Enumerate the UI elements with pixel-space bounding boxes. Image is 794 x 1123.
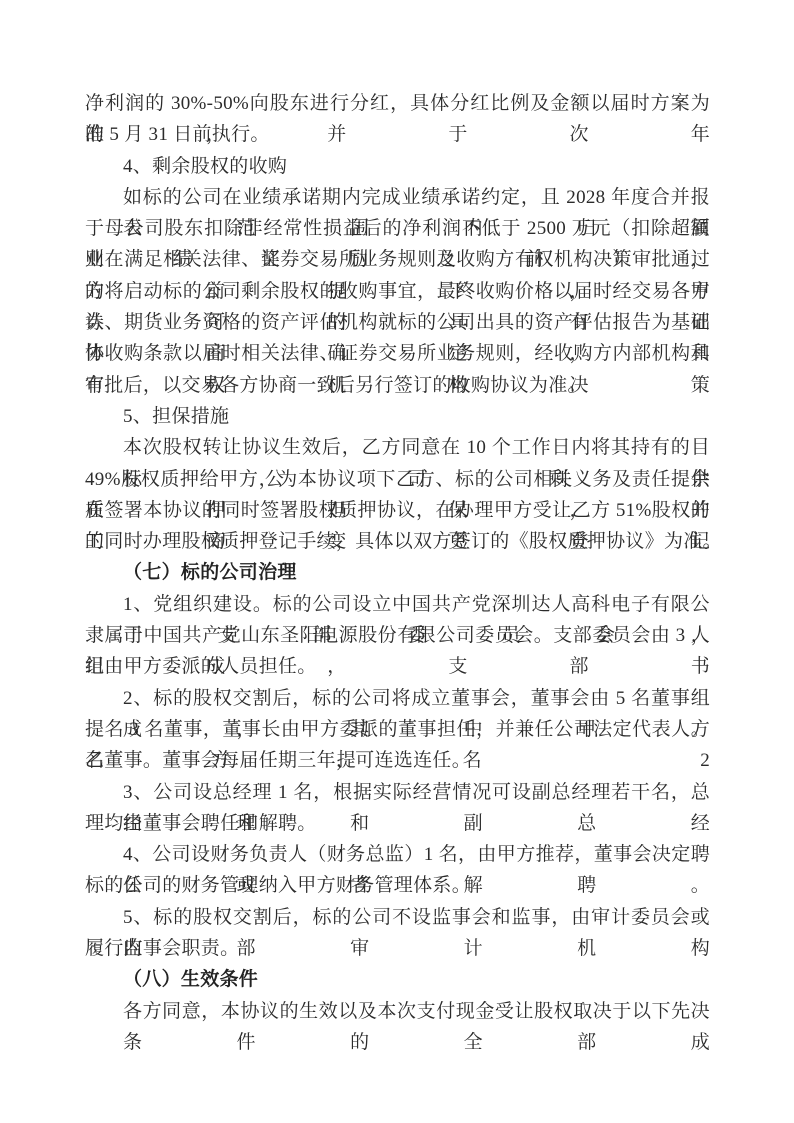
section-heading: （八）生效条件 — [85, 964, 710, 995]
text-line: 5、担保措施 — [85, 401, 710, 432]
section-heading: （七）标的公司治理 — [85, 557, 710, 588]
text-line: 体收购条款以届时相关法律、证券交易所业务规则，经收购方内部机构和有权机构决策 — [85, 338, 710, 369]
document-page: 净利润的 30%-50%向股东进行分红，具体分红比例及金额以届时方案为准，并于次… — [0, 0, 794, 1123]
text-line: 3、公司设总经理 1 名，根据实际经营情况可设副总经理若干名，总经理和副总经 — [85, 777, 710, 808]
text-line: 提名 3 名董事，董事长由甲方委派的董事担任，并兼任公司法定代表人。乙方提名 2 — [85, 714, 710, 745]
text-line: 的同时办理股权质押登记手续，具体以双方签订的《股权质押协议》为准。 — [85, 526, 710, 557]
text-line: 2、标的股权交割后，标的公司将成立董事会，董事会由 5 名董事组成，其中甲方 — [85, 683, 710, 714]
text-line: 于母公司股东扣除非经常性损益后的净利润不低于 2500 万元（扣除超额业绩奖励之… — [85, 213, 710, 244]
text-line: 如标的公司在业绩承诺期内完成业绩承诺约定，且 2028 年度合并报表范围内归属 — [85, 182, 710, 213]
text-line: 4、公司设财务负责人（财务总监）1 名，由甲方推荐，董事会决定聘任或者解聘。 — [85, 839, 710, 870]
text-line: 4、剩余股权的收购 — [85, 151, 710, 182]
text-line: 隶属于中国共产党山东圣阳电源股份有限公司委员会。支部委员会由 3 人组成，支部书 — [85, 620, 710, 651]
text-line: 1、党组织建设。标的公司设立中国共产党深圳达人高科电子有限公司支部委员会， — [85, 589, 710, 620]
text-line: 49%股权质押给甲方，为本协议项下乙方、标的公司相关义务及责任提供质押担保，并 — [85, 464, 710, 495]
text-line: 券、期货业务资格的资产评估机构就标的公司出具的资产评估报告为基础协商确定，具 — [85, 307, 710, 338]
text-block: 净利润的 30%-50%向股东进行分红，具体分红比例及金额以届时方案为准，并于次… — [85, 88, 710, 1027]
text-line: 各方同意，本协议的生效以及本次支付现金受让股权取决于以下先决条件的全部成 — [85, 996, 710, 1027]
text-line: 本次股权转让协议生效后，乙方同意在 10 个工作日内将其持有的目标公司剩余 — [85, 432, 710, 463]
text-line: 方将启动标的公司剩余股权的收购事宜，最终收购价格以届时经交易各方认可的具有证 — [85, 276, 710, 307]
text-line: 净利润的 30%-50%向股东进行分红，具体分红比例及金额以届时方案为准，并于次… — [85, 88, 710, 119]
text-line: 则在满足相关法律、证券交易所业务规则及收购方有权机构决策审批通过的前提下，甲 — [85, 244, 710, 275]
text-line: 5、标的股权交割后，标的公司不设监事会和监事，由审计委员会或内部审计机构 — [85, 902, 710, 933]
text-line: 在签署本协议的同时签署股权质押协议，在办理甲方受让乙方 51%股权的工商变更登记 — [85, 495, 710, 526]
